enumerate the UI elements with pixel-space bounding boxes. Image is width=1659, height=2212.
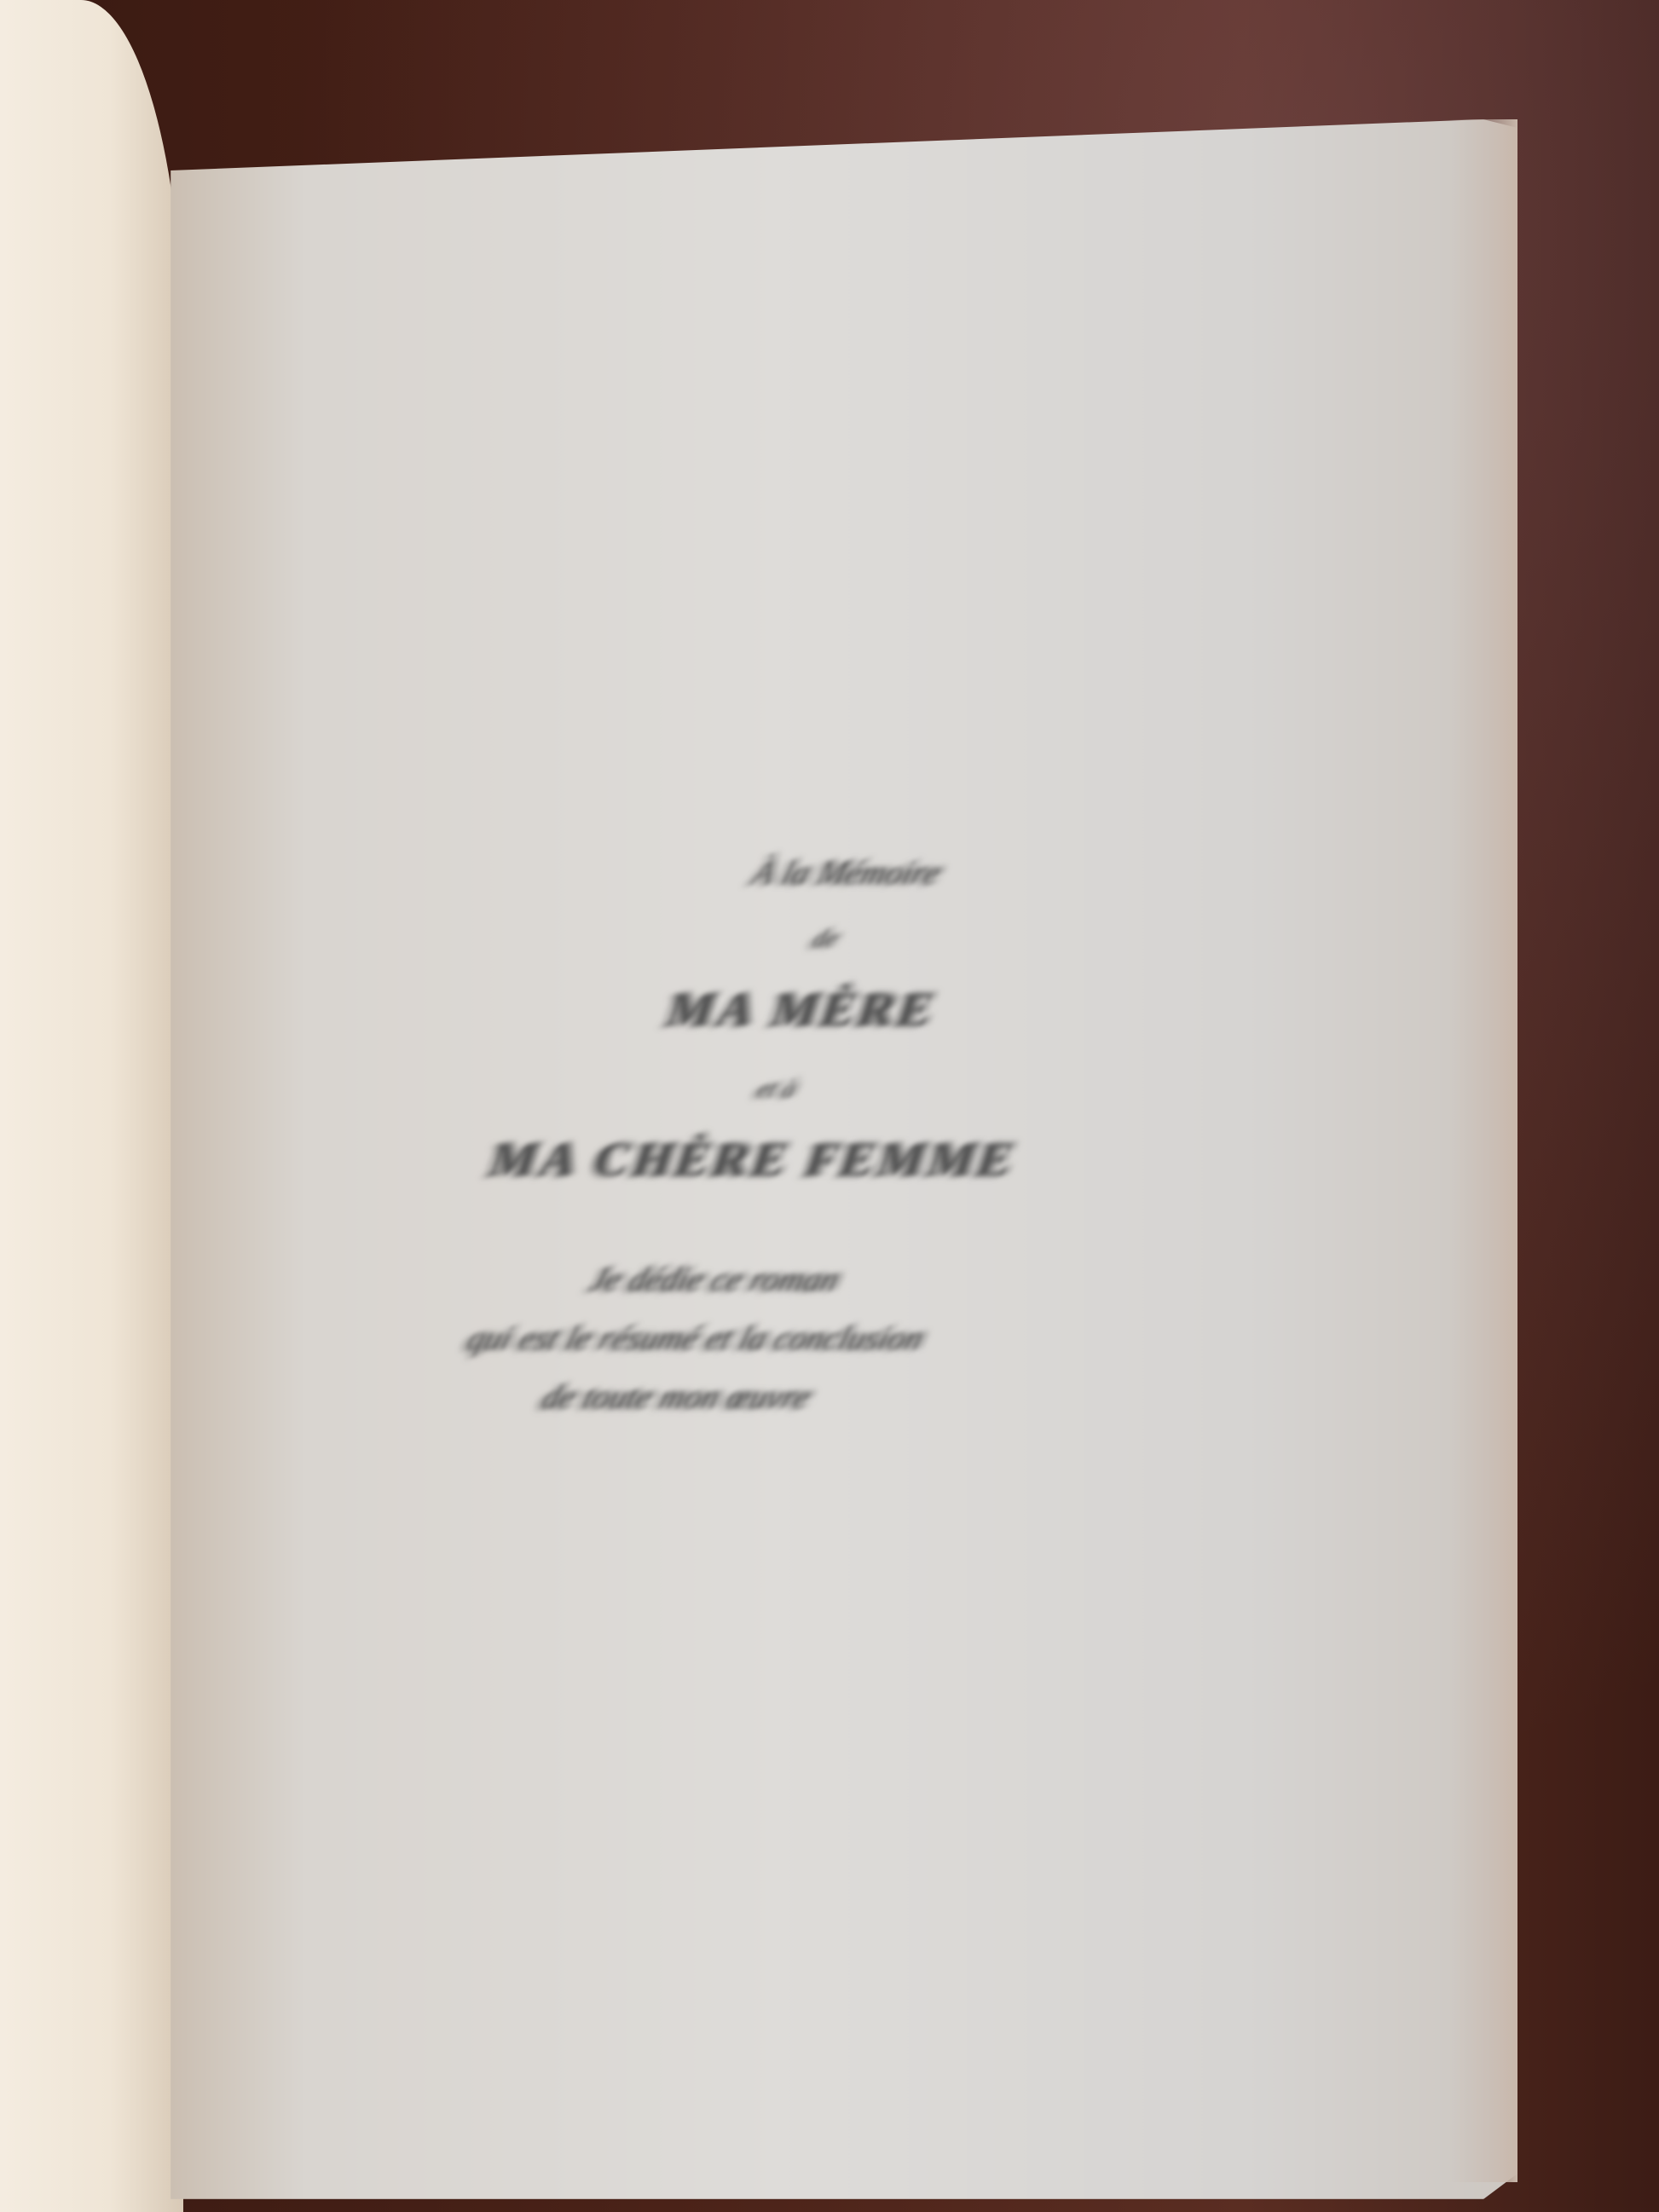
photo-scene: À la Mémoire de MA MÈRE et à MA CHÈRE FE… [0, 0, 1659, 2212]
page-edge-stack [1449, 119, 1517, 2182]
dedication-heading-mother: MA MÈRE [402, 983, 1204, 1037]
dedication-line: de toute mon œuvre [278, 1377, 1075, 1417]
dedication-line: Je dédie ce roman [316, 1259, 1113, 1299]
dedication-line: À la Mémoire [448, 852, 1246, 892]
dedication-line: et à [379, 1075, 1173, 1104]
left-page-curl [0, 0, 183, 2212]
dedication-heading-wife: MA CHÈRE FEMME [352, 1133, 1154, 1187]
dedication-line: de [428, 925, 1222, 954]
dedication-line: qui est le résumé et la conclusion [297, 1318, 1094, 1358]
